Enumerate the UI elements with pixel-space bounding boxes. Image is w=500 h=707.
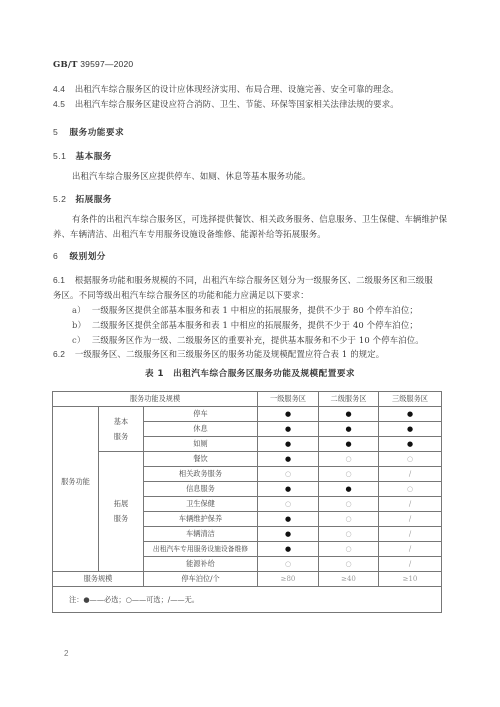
cell-value: ● (258, 452, 319, 467)
label-line: 服务 (99, 514, 143, 524)
service-config-table: 服务功能及规模 一级服务区 二级服务区 三级服务区 服务功能 基本 服务 停车 … (52, 391, 442, 613)
clause-6-2: 6.2 一级服务区、二级服务区和三级服务区的服务功能及规模配置应符合表 1 的规… (53, 348, 384, 360)
page-number: 2 (64, 649, 68, 658)
cell-value: ○ (319, 497, 379, 512)
cell-value: ● (319, 437, 379, 452)
cell-value: ● (258, 437, 319, 452)
header-level-3: 三级服务区 (379, 392, 442, 407)
standard-prefix: GB/T (53, 60, 78, 70)
section-5-heading: 5 服务功能要求 (53, 126, 124, 138)
clause-text: 出租汽车综合服务区的设计应体现经济实用、布局合理、设施完善、安全可靠的理念。 (75, 84, 399, 94)
standard-header: GB/T 39597—2020 (53, 59, 133, 70)
cell-value: ○ (319, 527, 379, 542)
table-row: 服务功能 基本 服务 停车 ● ● ● (53, 407, 442, 422)
scale-value-level-3: ≥10 (379, 572, 442, 587)
clause-number: 4.4 (53, 84, 72, 94)
table-note: 注：●——必选；○——可选；/——无。 (53, 587, 442, 613)
note-row: 注：●——必选；○——可选；/——无。 (53, 587, 442, 613)
row-name: 出租汽车专用服务设施设备维修 (144, 542, 258, 557)
label-line: 拓展 (99, 499, 143, 509)
section-5-1-body: 出租汽车综合服务区应提供停车、如厕、休息等基本服务功能。 (72, 170, 311, 182)
table-caption: 表 1 出租汽车综合服务区服务功能及规模配置要求 (0, 367, 500, 379)
clause-6-1-line2: 务区。不同等级出租汽车综合服务区的功能和能力应满足以下要求： (53, 289, 309, 301)
scale-label: 服务规模 (53, 572, 144, 587)
cell-value: ● (258, 422, 319, 437)
scale-value-level-1: ≥80 (258, 572, 319, 587)
cell-value: / (379, 527, 442, 542)
label-line: 服务 (99, 432, 143, 442)
cell-value: ● (319, 482, 379, 497)
cell-value: ● (258, 407, 319, 422)
header-level-1: 一级服务区 (258, 392, 319, 407)
header-category: 服务功能及规模 (53, 392, 258, 407)
section-5-2-body-line1: 有条件的出租汽车综合服务区，可选择提供餐饮、相关政务服务、信息服务、卫生保健、车… (72, 213, 447, 225)
clause-4-4: 4.4 出租汽车综合服务区的设计应体现经济实用、布局合理、设施完善、安全可靠的理… (53, 83, 399, 95)
list-item-a: a） 一级服务区提供全部基本服务和表 1 中相应的拓展服务，提供不少于 80 个… (72, 304, 418, 316)
cell-value: ● (379, 437, 442, 452)
cell-value: ○ (379, 482, 442, 497)
clause-number: 6.2 (53, 349, 72, 359)
clause-6-1-line1: 6.1 根据服务功能和服务规模的不同，出租汽车综合服务区划分为一级服务区、二级服… (53, 274, 433, 286)
cell-value: ○ (319, 512, 379, 527)
list-item-b: b） 二级服务区提供全部基本服务和表 1 中相应的拓展服务，提供不少于 40 个… (72, 319, 418, 331)
cell-value: / (379, 497, 442, 512)
row-name: 能源补给 (144, 557, 258, 572)
extended-service-label: 拓展 服务 (99, 452, 144, 572)
basic-service-label: 基本 服务 (99, 407, 144, 452)
section-5-2-heading: 5.2 拓展服务 (53, 193, 112, 205)
section-title: 拓展服务 (76, 195, 112, 205)
section-6-heading: 6 级别划分 (53, 250, 106, 262)
row-name: 车辆清洁 (144, 527, 258, 542)
row-name: 车辆维护保养 (144, 512, 258, 527)
cell-value: ○ (258, 557, 319, 572)
row-name: 停车 (144, 407, 258, 422)
clause-text: 根据服务功能和服务规模的不同，出租汽车综合服务区划分为一级服务区、二级服务区和三… (75, 275, 433, 285)
cell-value: ○ (379, 452, 442, 467)
table-row: 拓展 服务 餐饮 ● ○ ○ (53, 452, 442, 467)
list-marker: b） (72, 319, 89, 331)
section-title: 服务功能要求 (70, 128, 125, 138)
cell-value: ● (258, 542, 319, 557)
list-item-c: c） 三级服务区作为一级、二级服务区的重要补充，提供基本服务和不少于 10 个停… (72, 334, 424, 346)
list-text: 一级服务区提供全部基本服务和表 1 中相应的拓展服务，提供不少于 80 个停车泊… (92, 305, 418, 315)
section-number: 5 (53, 127, 66, 137)
section-title: 级别划分 (70, 252, 106, 262)
cell-value: / (379, 467, 442, 482)
section-5-1-heading: 5.1 基本服务 (53, 150, 112, 162)
label-line: 基本 (99, 417, 143, 427)
cell-value: ○ (319, 542, 379, 557)
cell-value: / (379, 557, 442, 572)
cell-value: / (379, 512, 442, 527)
cell-value: ● (258, 482, 319, 497)
cell-value: ○ (258, 467, 319, 482)
scale-value-level-2: ≥40 (319, 572, 379, 587)
row-name: 卫生保健 (144, 497, 258, 512)
section-5-2-body-line2: 养、车辆清洁、出租汽车专用服务设施设备维修、能源补给等拓展服务。 (53, 228, 326, 240)
cell-value: ● (319, 407, 379, 422)
header-level-2: 二级服务区 (319, 392, 379, 407)
cell-value: ● (379, 407, 442, 422)
cell-value: ● (258, 527, 319, 542)
section-number: 5.1 (53, 151, 72, 161)
cell-value: ● (258, 512, 319, 527)
section-number: 5.2 (53, 194, 72, 204)
row-name: 餐饮 (144, 452, 258, 467)
cell-value: / (379, 542, 442, 557)
clause-number: 6.1 (53, 275, 72, 285)
scale-row: 服务规模 停车泊位/个 ≥80 ≥40 ≥10 (53, 572, 442, 587)
list-text: 二级服务区提供全部基本服务和表 1 中相应的拓展服务，提供不少于 40 个停车泊… (92, 320, 418, 330)
row-name: 相关政务服务 (144, 467, 258, 482)
cell-value: ○ (319, 467, 379, 482)
cell-value: ○ (319, 557, 379, 572)
section-number: 6 (53, 251, 66, 261)
clause-text: 出租汽车综合服务区建设应符合消防、卫生、节能、环保等国家相关法律法规的要求。 (75, 99, 399, 109)
clause-4-5: 4.5 出租汽车综合服务区建设应符合消防、卫生、节能、环保等国家相关法律法规的要… (53, 98, 399, 110)
list-marker: a） (72, 304, 89, 316)
table-header-row: 服务功能及规模 一级服务区 二级服务区 三级服务区 (53, 392, 442, 407)
cell-value: ● (319, 422, 379, 437)
cell-value: ○ (319, 452, 379, 467)
cell-value: ● (379, 422, 442, 437)
group-label-service-function: 服务功能 (53, 407, 99, 572)
standard-number: 39597—2020 (80, 59, 133, 69)
row-name: 如厕 (144, 437, 258, 452)
row-name: 信息服务 (144, 482, 258, 497)
list-marker: c） (72, 334, 89, 346)
list-text: 三级服务区作为一级、二级服务区的重要补充，提供基本服务和不少于 10 个停车泊位… (92, 335, 424, 345)
cell-value: ○ (258, 497, 319, 512)
clause-text: 一级服务区、二级服务区和三级服务区的服务功能及规模配置应符合表 1 的规定。 (75, 349, 384, 359)
scale-unit: 停车泊位/个 (144, 572, 258, 587)
section-title: 基本服务 (76, 152, 112, 162)
row-name: 休息 (144, 422, 258, 437)
clause-number: 4.5 (53, 99, 72, 109)
